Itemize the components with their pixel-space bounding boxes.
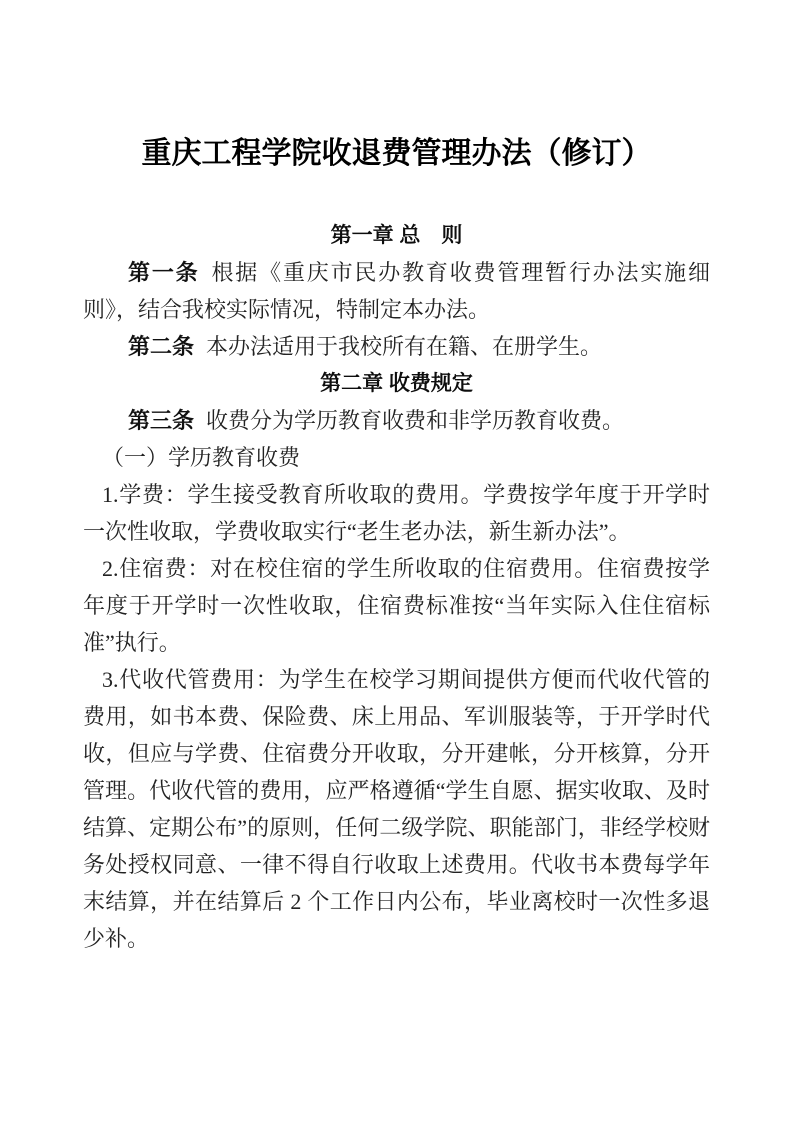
article-2-text: 本办法适用于我校所有在籍、在册学生。: [206, 334, 602, 359]
article-1-paragraph: 第一条根据《重庆市民办教育收费管理暂行办法实施细则》，结合我校实际情况，特制定本…: [83, 254, 710, 328]
article-2-number: 第二条: [128, 334, 194, 359]
fee-item-2-accommodation: 2.住宿费：对在校住宿的学生所收取的住宿费用。住宿费按学年度于开学时一次性收取，…: [83, 550, 710, 661]
article-2-paragraph: 第二条本办法适用于我校所有在籍、在册学生。: [83, 328, 710, 365]
document-title: 重庆工程学院收退费管理办法（修订）: [83, 133, 710, 175]
chapter-1-heading: 第一章 总 则: [83, 217, 710, 254]
chapter-2-heading: 第二章 收费规定: [83, 365, 710, 402]
fee-item-1-tuition: 1.学费：学生接受教育所收取的费用。学费按学年度于开学时一次性收取，学费收取实行…: [83, 476, 710, 550]
fee-item-3-collection-agency: 3.代收代管费用：为学生在校学习期间提供方便而代收代管的费用，如书本费、保险费、…: [83, 661, 710, 957]
section-1-subheading: （一）学历教育收费: [83, 439, 710, 476]
article-3-paragraph: 第三条收费分为学历教育收费和非学历教育收费。: [83, 402, 710, 439]
article-1-number: 第一条: [128, 260, 199, 285]
article-3-number: 第三条: [128, 408, 194, 433]
article-3-text: 收费分为学历教育收费和非学历教育收费。: [206, 408, 624, 433]
document-page: 重庆工程学院收退费管理办法（修订） 第一章 总 则 第一条根据《重庆市民办教育收…: [0, 0, 793, 1122]
